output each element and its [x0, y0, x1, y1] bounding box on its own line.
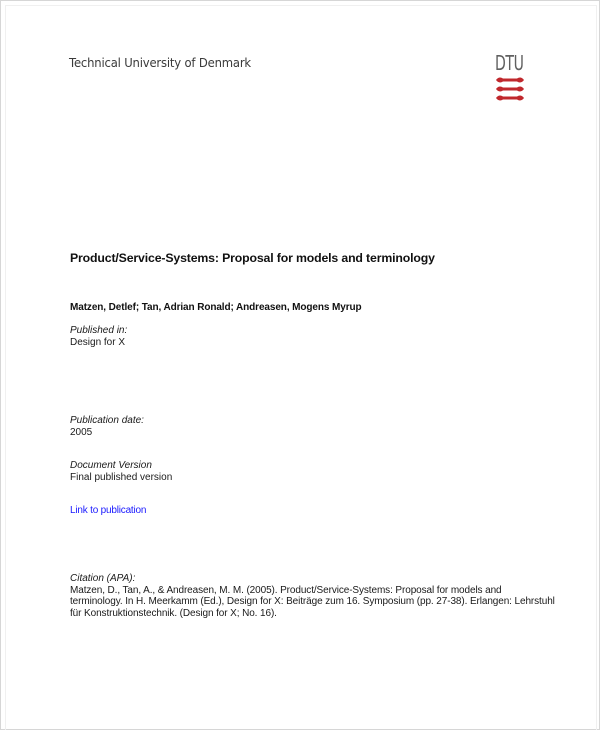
document-version-value: Final published version	[70, 472, 172, 484]
publication-date-field: Publication date: 2005	[70, 415, 144, 438]
dtu-logo: DTU	[495, 53, 527, 103]
document-title: Product/Service-Systems: Proposal for mo…	[70, 251, 435, 265]
authors: Matzen, Detlef; Tan, Adrian Ronald; Andr…	[70, 302, 362, 313]
citation-field: Citation (APA): Matzen, D., Tan, A., & A…	[70, 573, 570, 619]
published-in-label: Published in:	[70, 325, 127, 337]
document-page	[0, 0, 600, 730]
document-version-field: Document Version Final published version	[70, 460, 172, 483]
link-to-publication[interactable]: Link to publication	[70, 505, 146, 516]
publication-date-label: Publication date:	[70, 415, 144, 427]
institution-name: Technical University of Denmark	[69, 55, 251, 70]
published-in-field: Published in: Design for X	[70, 325, 127, 348]
published-in-value: Design for X	[70, 337, 127, 349]
page-inner-border	[5, 5, 597, 730]
citation-label: Citation (APA):	[70, 573, 570, 585]
publication-date-value: 2005	[70, 427, 144, 439]
logo-text: DTU	[495, 53, 520, 73]
document-version-label: Document Version	[70, 460, 172, 472]
dtu-logo-mark-icon	[495, 76, 525, 103]
citation-value: Matzen, D., Tan, A., & Andreasen, M. M. …	[70, 585, 570, 620]
